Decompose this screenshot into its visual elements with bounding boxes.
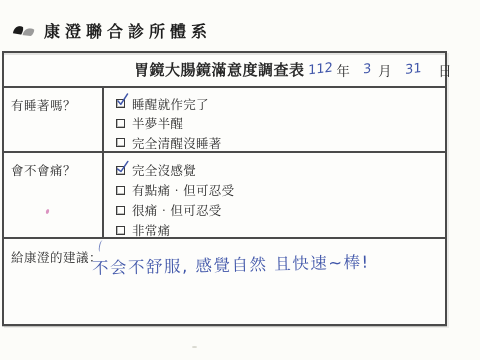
option-fully-awake: 完全清醒沒睡著 [116,133,445,153]
date-year-handwritten: 112 [307,60,332,78]
question-sleep-label: 有睡著嗎？ [11,99,76,113]
date-month-label: 月 [378,60,392,80]
handwritten-comment: 不会不舒服, 感覺自然 且快速~棒! [92,248,438,282]
checkmark-icon [115,159,130,175]
option-slept-through: 睡醒就作完了 [116,94,445,114]
checkmark-icon [115,92,130,108]
survey-table: 胃鏡大腸鏡滿意度調查表 112 年 3 月 31 日 有睡著嗎？ 睡醒就作完了 [2,51,447,326]
suggestion-row: 給康澄的建議： 不会不舒服, 感覺自然 且快速~棒! [4,239,445,318]
question-label-cell: 會不會痛？ [4,153,104,237]
option-very-painful-bearable: 很痛‧但可忍受 [116,200,445,220]
option-label: 完全清醒沒睡著 [132,134,222,152]
form-title: 胃鏡大腸鏡滿意度調查表 [134,59,305,80]
option-half-awake: 半夢半醒 [116,114,445,134]
form-title-row: 胃鏡大腸鏡滿意度調查表 112 年 3 月 31 日 [4,53,445,88]
date-day-handwritten: 31 [405,61,422,78]
question-pain-options: 完全沒感覺 有點痛‧但可忍受 很痛‧但可忍受 [104,153,445,237]
checkbox[interactable] [116,206,125,215]
option-label: 半夢半醒 [132,114,183,132]
option-label: 非常痛 [132,221,170,239]
brand-header: 康澄聯合診所體系 [12,20,212,40]
option-label: 很痛‧但可忍受 [132,201,222,219]
checkbox[interactable] [116,138,125,147]
option-label: 有點痛‧但可忍受 [132,181,234,199]
checkbox[interactable] [116,119,125,128]
option-extremely-painful: 非常痛 [116,220,445,240]
option-label: 完全沒感覺 [132,161,196,179]
question-row-sleep: 有睡著嗎？ 睡醒就作完了 半夢半醒 [4,88,445,153]
checkbox[interactable] [116,166,125,175]
checkbox[interactable] [116,99,125,108]
question-label-cell: 有睡著嗎？ [4,88,104,151]
date-month-handwritten: 3 [363,61,371,77]
suggestion-label: 給康澄的建議： [11,248,102,266]
question-row-pain: 會不會痛？ 完全沒感覺 有點痛‧但可忍受 [4,153,445,239]
date-year-label: 年 [336,60,350,80]
clinic-name: 康澄聯合診所體系 [44,19,212,42]
option-slight-pain: 有點痛‧但可忍受 [116,180,445,200]
clinic-logo-icon [12,23,36,38]
question-pain-label: 會不會痛？ [11,164,76,178]
option-no-feeling: 完全沒感覺 [116,160,445,180]
stray-pen-mark [98,240,105,253]
date-day-label: 日 [438,60,452,80]
checkbox[interactable] [116,186,125,195]
question-sleep-options: 睡醒就作完了 半夢半醒 完全清醒沒睡著 [104,88,445,151]
checkbox[interactable] [116,226,125,235]
gray-scan-speck [192,346,197,348]
option-label: 睡醒就作完了 [132,95,209,113]
